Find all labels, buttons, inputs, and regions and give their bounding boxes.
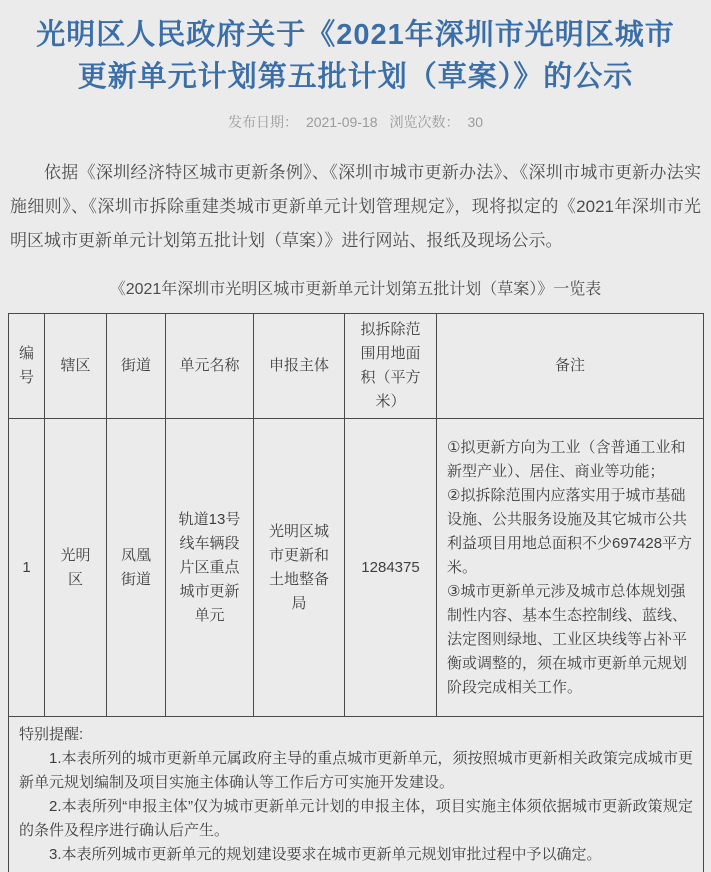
special-notes: 特别提醒: 1.本表所列的城市更新单元属政府主导的重点城市更新单元，须按照城市更…: [9, 717, 704, 872]
row-remarks: ①拟更新方向为工业（含普通工业和新型产业）、居住、商业等功能； ②拟拆除范围内应…: [437, 419, 704, 717]
col-header-street: 街道: [107, 314, 166, 419]
row-district: 光明区: [45, 419, 107, 717]
publish-date-value: 2021-09-18: [306, 114, 378, 130]
note-item-1: 1.本表所列的城市更新单元属政府主导的重点城市更新单元，须按照城市更新相关政策完…: [19, 747, 693, 795]
views-label: 浏览次数：: [389, 114, 459, 130]
page-title: 光明区人民政府关于《2021年深圳市光明区城市更新单元计划第五批计划（草案）》的…: [36, 14, 676, 98]
col-header-district: 辖区: [45, 314, 107, 419]
col-header-applicant: 申报主体: [254, 314, 345, 419]
col-header-unit-name: 单元名称: [166, 314, 254, 419]
publish-date-label: 发布日期：: [228, 114, 298, 130]
notes-title: 特别提醒:: [19, 723, 693, 747]
views-count: 30: [467, 114, 483, 130]
publish-meta: 发布日期：2021-09-18 浏览次数：30: [8, 112, 703, 132]
table-caption: 《2021年深圳市光明区城市更新单元计划第五批计划（草案）》一览表: [8, 276, 703, 299]
remark-item-3: ③城市更新单元涉及城市总体规划强制性内容、基本生态控制线、蓝线、法定图则绿地、工…: [447, 580, 693, 700]
row-street: 凤凰街道: [107, 419, 166, 717]
row-area: 1284375: [345, 419, 437, 717]
note-item-3: 3.本表所列城市更新单元的规划建设要求在城市更新单元规划审批过程中予以确定。: [19, 843, 693, 867]
col-header-no: 编号: [9, 314, 45, 419]
announcement-page: 光明区人民政府关于《2021年深圳市光明区城市更新单元计划第五批计划（草案）》的…: [0, 0, 711, 872]
plan-table: 编号 辖区 街道 单元名称 申报主体 拟拆除范围用地面积（平方米） 备注 1 光…: [8, 313, 704, 872]
notes-row: 特别提醒: 1.本表所列的城市更新单元属政府主导的重点城市更新单元，须按照城市更…: [9, 717, 704, 872]
note-item-2: 2.本表所列“申报主体”仅为城市更新单元计划的申报主体，项目实施主体须依据城市更…: [19, 795, 693, 843]
col-header-remarks: 备注: [437, 314, 704, 419]
table-row: 1 光明区 凤凰街道 轨道13号线车辆段片区重点城市更新单元 光明区城市更新和土…: [9, 419, 704, 717]
intro-paragraph: 依据《深圳经济特区城市更新条例》、《深圳市城市更新办法》、《深圳市城市更新办法实…: [10, 156, 701, 258]
col-header-area: 拟拆除范围用地面积（平方米）: [345, 314, 437, 419]
remark-item-2: ②拟拆除范围内应落实用于城市基础设施、公共服务设施及其它城市公共利益项目用地总面…: [447, 484, 693, 580]
row-unit-name: 轨道13号线车辆段片区重点城市更新单元: [166, 419, 254, 717]
row-applicant: 光明区城市更新和土地整备局: [254, 419, 345, 717]
row-no: 1: [9, 419, 45, 717]
remark-item-1: ①拟更新方向为工业（含普通工业和新型产业）、居住、商业等功能；: [447, 436, 693, 484]
table-header-row: 编号 辖区 街道 单元名称 申报主体 拟拆除范围用地面积（平方米） 备注: [9, 314, 704, 419]
